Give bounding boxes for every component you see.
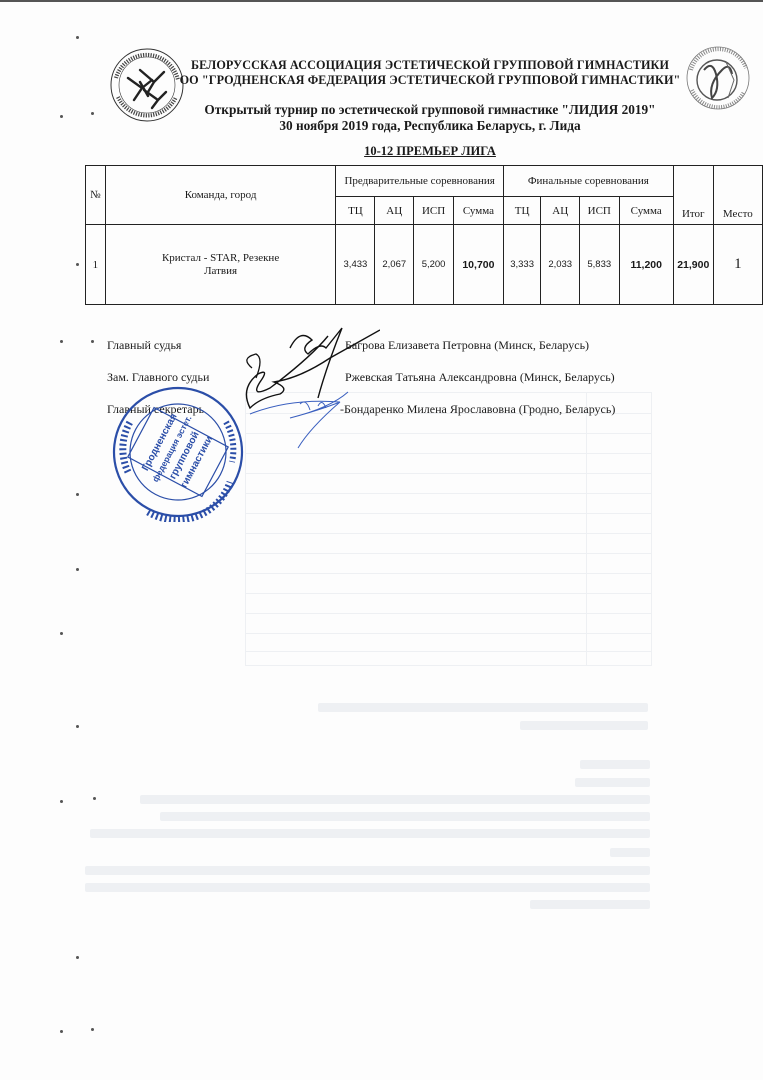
event-title: Открытый турнир по эстетической группово… [150,102,710,118]
table-row: 1 Кристал - STAR, Резекне Латвия 3,433 2… [86,225,763,305]
row-team: Кристал - STAR, Резекне Латвия [105,225,336,305]
header-prelim-sum: Сумма [454,197,504,225]
official-role-chief-judge: Главный судья [107,338,181,352]
organization-line-1: БЕЛОРУССКАЯ АССОЦИАЦИЯ ЭСТЕТИЧЕСКОЙ ГРУП… [150,58,710,73]
prelim-isp: 5,200 [414,225,454,305]
page-top-border [0,0,763,2]
event-date-place: 30 ноября 2019 года, Республика Беларусь… [150,118,710,134]
header-final: Финальные соревнования [503,166,673,197]
official-stamp-icon: Гродненская федерация эстет. групповой г… [108,382,248,522]
header-num: № [86,166,106,225]
official-name-deputy-judge: Ржевская Татьяна Александровна (Минск, Б… [345,370,615,384]
team-country: Латвия [106,265,336,278]
league-title: 10-12 ПРЕМЬЕР ЛИГА [150,144,710,159]
row-num: 1 [86,225,106,305]
signatures-icon [230,318,380,458]
header-final-ac: АЦ [541,197,580,225]
results-table: № Команда, город Предварительные соревно… [85,165,763,305]
total-score: 21,900 [673,225,713,305]
header-prelim-ac: АЦ [375,197,414,225]
header-final-tc: ТЦ [503,197,541,225]
organization-line-2: ОО "ГРОДНЕНСКАЯ ФЕДЕРАЦИЯ ЭСТЕТИЧЕСКОЙ Г… [150,73,710,88]
final-tc: 3,333 [503,225,541,305]
header-final-isp: ИСП [580,197,620,225]
header-prelim-tc: ТЦ [336,197,375,225]
header-team: Команда, город [105,166,336,225]
final-isp: 5,833 [580,225,620,305]
official-name-secretary: -Бондаренко Милена Ярославовна (Гродно, … [340,402,615,416]
prelim-ac: 2,067 [375,225,414,305]
official-name-chief-judge: Багрова Елизавета Петровна (Минск, Белар… [345,338,589,352]
prelim-tc: 3,433 [336,225,375,305]
header-final-sum: Сумма [619,197,673,225]
final-ac: 2,033 [541,225,580,305]
final-sum: 11,200 [619,225,673,305]
place: 1 [713,225,762,305]
header-place: Место [713,166,762,225]
team-name: Кристал - STAR, Резекне [106,252,336,265]
prelim-sum: 10,700 [454,225,504,305]
header-prelim: Предварительные соревнования [336,166,503,197]
header-total: Итог [673,166,713,225]
header-prelim-isp: ИСП [414,197,454,225]
